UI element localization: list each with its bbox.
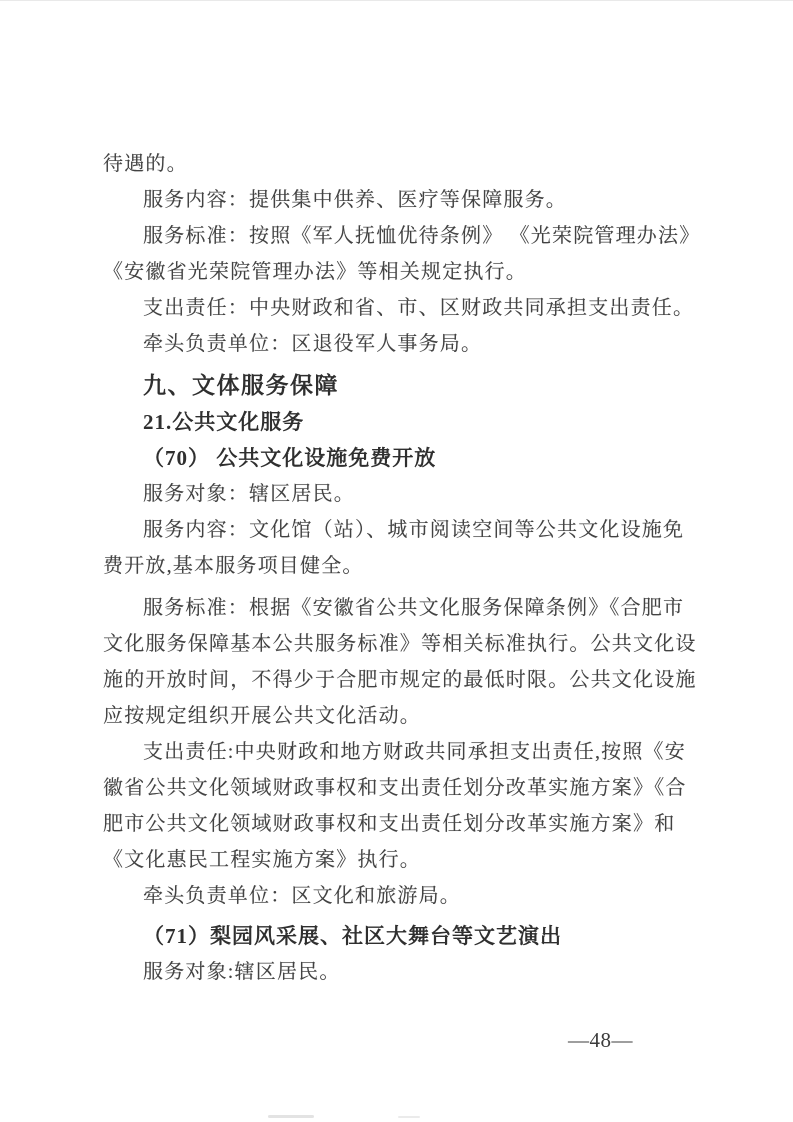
doc-line: 《文化惠民工程实施方案》执行。 [103, 842, 703, 878]
document-page: 待遇的。 服务内容：提供集中供养、医疗等保障服务。 服务标准：按照《军人抚恤优待… [0, 0, 793, 1122]
doc-line: 应按规定组织开展公共文化活动。 [103, 698, 703, 734]
page-number: —48— [568, 1028, 633, 1053]
doc-line: 服务内容：文化馆（站）、城市阅读空间等公共文化设施免 [103, 512, 703, 548]
doc-line: 服务内容：提供集中供养、医疗等保障服务。 [103, 182, 703, 218]
scan-smudge-artifact [398, 1116, 420, 1118]
section-heading: 九、文体服务保障 [103, 368, 703, 404]
scan-smudge-artifact [268, 1115, 314, 1118]
item-heading-70: （70） 公共文化设施免费开放 [103, 440, 703, 476]
doc-line: 牵头负责单位：区文化和旅游局。 [103, 878, 703, 914]
item-heading-71: （71）梨园风采展、社区大舞台等文艺演出 [103, 918, 703, 954]
doc-line: 施的开放时间，不得少于合肥市规定的最低时限。公共文化设施 [103, 662, 703, 698]
doc-line: 肥市公共文化领域财政事权和支出责任划分改革实施方案》和 [103, 806, 703, 842]
document-body: 待遇的。 服务内容：提供集中供养、医疗等保障服务。 服务标准：按照《军人抚恤优待… [103, 146, 703, 990]
scan-edge-artifact [0, 0, 793, 1]
doc-line: 待遇的。 [103, 146, 703, 182]
doc-line: 牵头负责单位：区退役军人事务局。 [103, 326, 703, 362]
doc-line: 服务对象:辖区居民。 [103, 954, 703, 990]
doc-line: 服务标准：按照《军人抚恤优待条例》 《光荣院管理办法》 [103, 218, 703, 254]
doc-line: 文化服务保障基本公共服务标准》等相关标准执行。公共文化设 [103, 626, 703, 662]
subsection-heading: 21.公共文化服务 [103, 404, 703, 440]
doc-line: 费开放,基本服务项目健全。 [103, 548, 703, 584]
doc-line: 支出责任:中央财政和地方财政共同承担支出责任,按照《安 [103, 734, 703, 770]
doc-line: 《安徽省光荣院管理办法》等相关规定执行。 [103, 254, 703, 290]
doc-line: 服务对象：辖区居民。 [103, 476, 703, 512]
doc-line: 服务标准：根据《安徽省公共文化服务保障条例》《合肥市 [103, 590, 703, 626]
doc-line: 徽省公共文化领域财政事权和支出责任划分改革实施方案》《合 [103, 770, 703, 806]
doc-line: 支出责任：中央财政和省、市、区财政共同承担支出责任。 [103, 290, 703, 326]
